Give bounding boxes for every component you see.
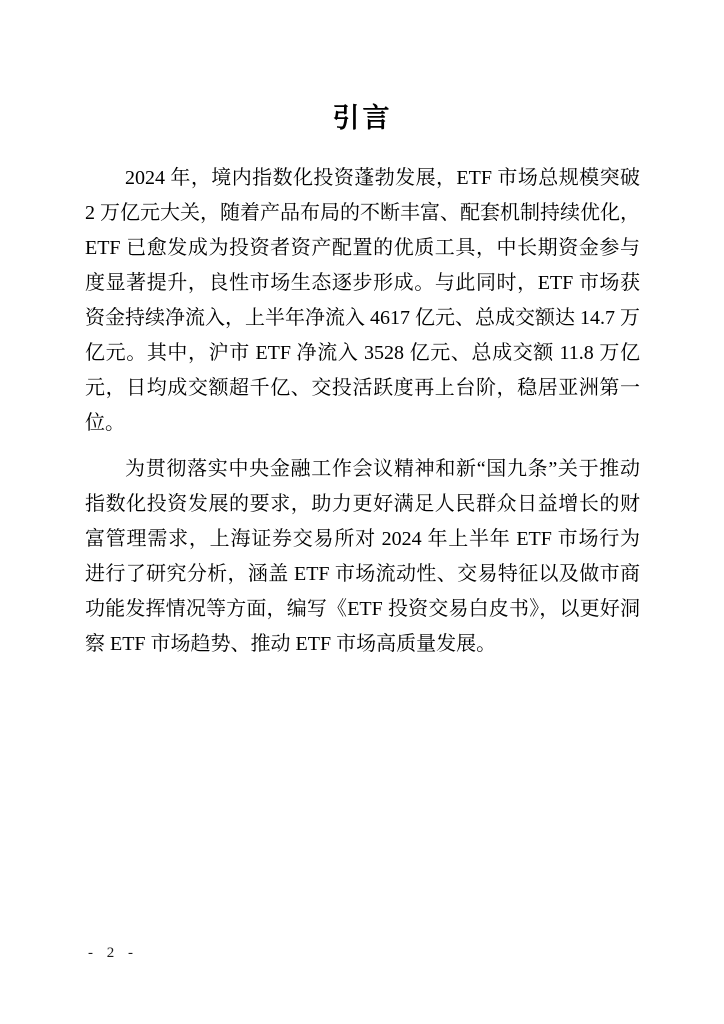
paragraph-2: 为贯彻落实中央金融工作会议精神和新“国九条”关于推动指数化投资发展的要求，助力更… — [85, 452, 640, 662]
page-title: 引言 — [85, 96, 640, 135]
document-page: 引言 2024 年，境内指数化投资蓬勃发展，ETF 市场总规模突破 2 万亿元大… — [0, 0, 724, 1024]
paragraph-1: 2024 年，境内指数化投资蓬勃发展，ETF 市场总规模突破 2 万亿元大关，随… — [85, 161, 640, 441]
page-content: 引言 2024 年，境内指数化投资蓬勃发展，ETF 市场总规模突破 2 万亿元大… — [0, 0, 724, 662]
page-number: - 2 - — [88, 945, 138, 962]
